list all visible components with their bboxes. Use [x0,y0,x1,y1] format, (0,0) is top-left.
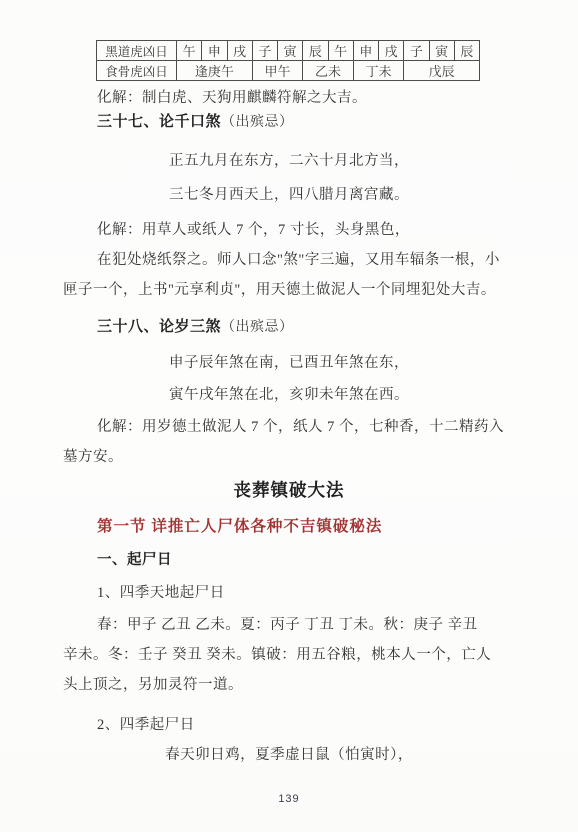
table-cell: 申 [202,41,227,61]
resolution-38-line-2: 墓方安。 [63,442,515,472]
page-content: 黑道虎凶日 午 申 戌 子 寅 辰 午 申 戌 子 寅 辰 食骨虎凶日 逢庚午 … [63,40,515,770]
table-row-bone-eating-tiger: 食骨虎凶日 逢庚午 甲午 乙未 丁未 戊辰 [97,61,480,81]
seasons-para-line-1: 春：甲子 乙丑 乙未。夏：丙子 丁丑 丁未。秋：庚子 辛丑 [63,610,515,640]
table-cell: 辰 [454,41,479,61]
resolution-38-line-1: 化解：用岁德土做泥人 7 个，纸人 7 个，七种香，十二精药入 [63,412,515,442]
verse-37-line-2: 三七冬月西天上，四八腊月离宫藏。 [63,180,515,210]
heading-37: 三十七、论千口煞（出殡忌） [63,107,515,138]
heading-38-title: 三十八、论岁三煞 [97,319,221,335]
sub-item-1: 1、四季天地起尸日 [63,578,515,608]
table-cell: 戌 [379,41,404,61]
table-row-black-tiger: 黑道虎凶日 午 申 戌 子 寅 辰 午 申 戌 子 寅 辰 [97,41,480,61]
page-number: 139 [0,793,578,805]
sub-item-2: 2、四季起尸日 [63,710,515,740]
seasons-para-line-3: 头上顶之，另加灵符一道。 [63,670,515,700]
row-header-bone-eating-tiger: 食骨虎凶日 [97,61,177,81]
resolution-37-line-1: 化解：用草人或纸人 7 个，7 寸长，头身黑色， [63,215,515,245]
heading-38-note: （出殡忌） [221,320,294,335]
resolution-37-line-2: 在犯处烧纸祭之。师人口念"煞"字三遍，又用车辐条一根，小 [63,245,515,275]
sub-heading-rise-corpse-day: 一、起尸日 [63,545,515,575]
row-header-black-tiger: 黑道虎凶日 [97,41,177,61]
table-cell: 子 [252,41,277,61]
table-cell: 寅 [278,41,303,61]
table-cell: 甲午 [252,61,303,81]
heading-37-note: （出殡忌） [221,115,294,130]
section-title: 第一节 详推亡人尸体各种不吉镇破秘法 [63,512,515,542]
table-cell: 逢庚午 [177,61,253,81]
table-cell: 寅 [429,41,454,61]
table-cell: 戊辰 [404,61,480,81]
document-page: 黑道虎凶日 午 申 戌 子 寅 辰 午 申 戌 子 寅 辰 食骨虎凶日 逢庚午 … [0,0,578,832]
resolution-37-line-3: 匣子一个，上书"元享利贞"，用天德土做泥人一个同埋犯处大吉。 [63,275,515,305]
verse-37-line-1: 正五九月在东方，二六十月北方当， [63,146,515,176]
chapter-title: 丧葬镇破大法 [63,474,515,506]
table-cell: 丁未 [353,61,404,81]
table-cell: 午 [328,41,353,61]
tiger-inauspicious-days-table: 黑道虎凶日 午 申 戌 子 寅 辰 午 申 戌 子 寅 辰 食骨虎凶日 逢庚午 … [96,40,480,81]
seasons-para-line-2: 辛未。冬：壬子 癸丑 癸未。镇破：用五谷粮，桃本人一个，亡人 [63,640,515,670]
table-cell: 午 [177,41,202,61]
table-cell: 戌 [227,41,252,61]
table-cell: 子 [404,41,429,61]
heading-38: 三十八、论岁三煞（出殡忌） [63,312,515,343]
table-cell: 乙未 [303,61,354,81]
heading-37-title: 三十七、论千口煞 [97,114,221,130]
verse-rise-corpse: 春天卯日鸡，夏季虚日鼠（怕寅时）， [63,740,515,770]
verse-38-line-2: 寅午戌年煞在北，亥卯未年煞在西。 [63,380,515,410]
verse-38-line-1: 申子辰年煞在南，已酉丑年煞在东， [63,348,515,378]
table-cell: 申 [353,41,378,61]
table-cell: 辰 [303,41,328,61]
